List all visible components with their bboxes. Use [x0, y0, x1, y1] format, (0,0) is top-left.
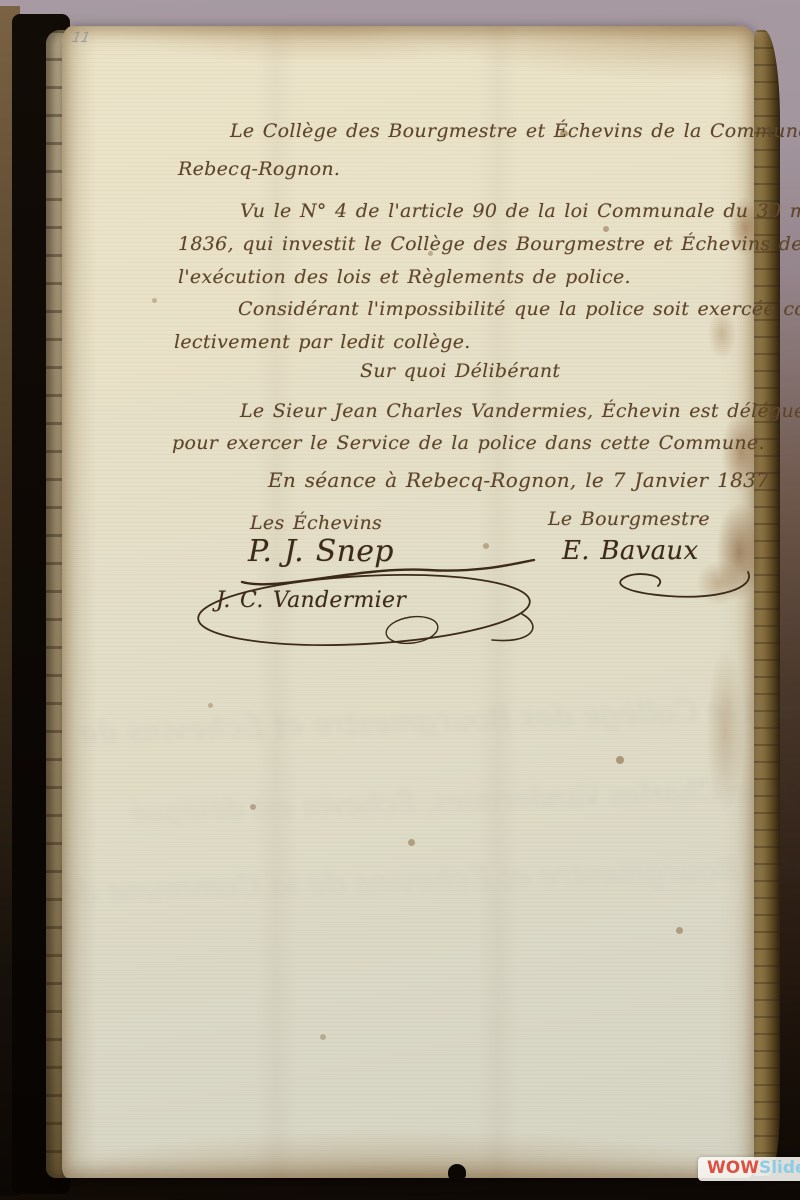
manuscript-line: 1836, qui investit le Collège des Bourgm… — [178, 233, 800, 255]
dateline: En séance à Rebecq-Rognon, le 7 Janvier … — [268, 468, 769, 492]
manuscript-line: lectivement par ledit collège. — [174, 331, 471, 353]
manuscript-line: Le Collège des Bourgmestre et Échevins d… — [230, 120, 800, 142]
manuscript-line: pour exercer le Service de la police dan… — [172, 432, 765, 454]
manuscript-page — [62, 26, 754, 1178]
manuscript-line: Le Sieur Jean Charles Vandermies, Échevi… — [240, 400, 800, 422]
wowslider-watermark[interactable]: WOWSlider — [698, 1157, 800, 1181]
signature-bavaux: E. Bavaux — [562, 536, 698, 566]
bourgmestre-title: Le Bourgmestre — [548, 508, 710, 530]
deliberation-line: Sur quoi Délibérant — [360, 360, 560, 382]
watermark-slider-text: Slider — [759, 1158, 800, 1178]
manuscript-line: Considérant l'impossibilité que la polic… — [238, 298, 800, 320]
echevins-title: Les Échevins — [250, 512, 382, 534]
manuscript-line: Rebecq-Rognon. — [178, 158, 340, 180]
manuscript-line: Vu le N° 4 de l'article 90 de la loi Com… — [240, 200, 800, 222]
binding-clip — [448, 1164, 466, 1181]
manuscript-line: l'exécution des lois et Règlements de po… — [178, 266, 631, 288]
folio-number: 11 — [70, 30, 91, 46]
photo-scene: 1836, qui investit le Collège des Bourgm… — [0, 0, 800, 1200]
signature-vandermier: J. C. Vandermier — [216, 588, 406, 613]
signature-snep: P. J. Snep — [248, 534, 394, 569]
watermark-wow-text: WOW — [707, 1158, 759, 1178]
